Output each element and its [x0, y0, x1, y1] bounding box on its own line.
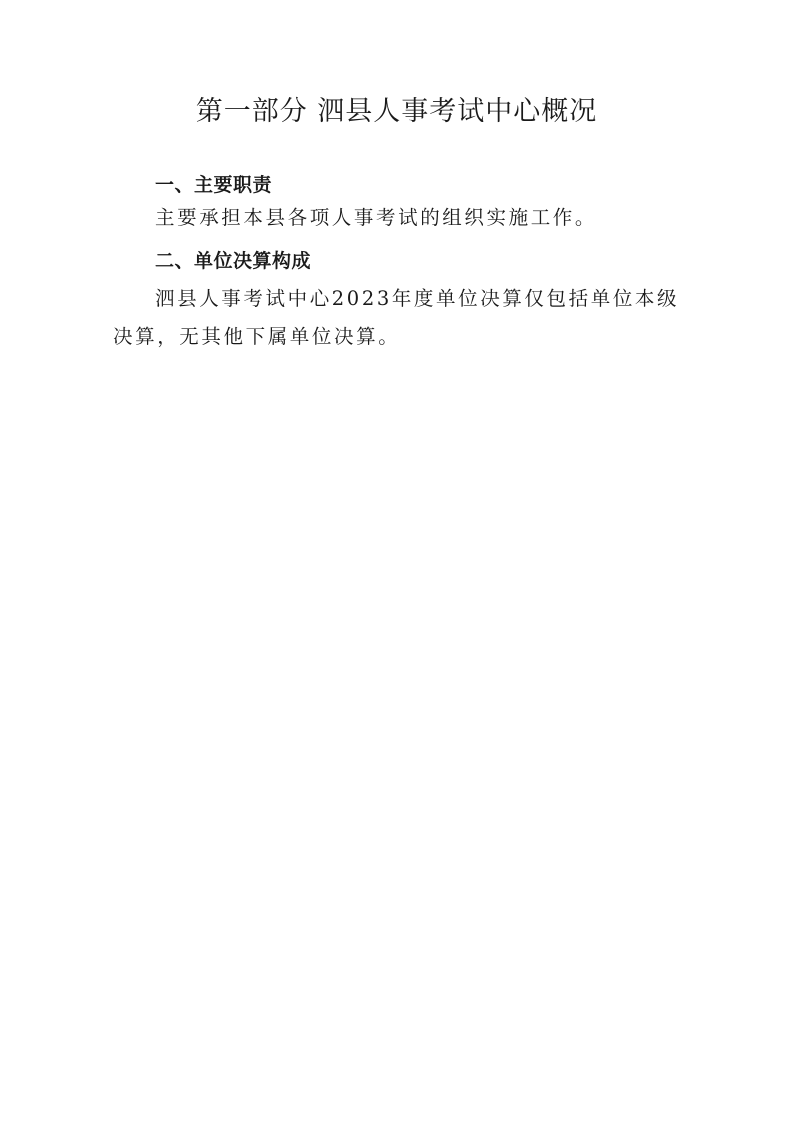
- section-heading-budget-composition: 二、单位决算构成: [155, 246, 311, 273]
- page-title: 第一部分 泗县人事考试中心概况: [0, 89, 793, 128]
- section-heading-main-duties: 一、主要职责: [155, 170, 272, 197]
- section-body-budget-composition: 泗县人事考试中心2023年度单位决算仅包括单位本级决算，无其他下属单位决算。: [113, 280, 683, 356]
- section-body-main-duties: 主要承担本县各项人事考试的组织实施工作。: [113, 199, 683, 237]
